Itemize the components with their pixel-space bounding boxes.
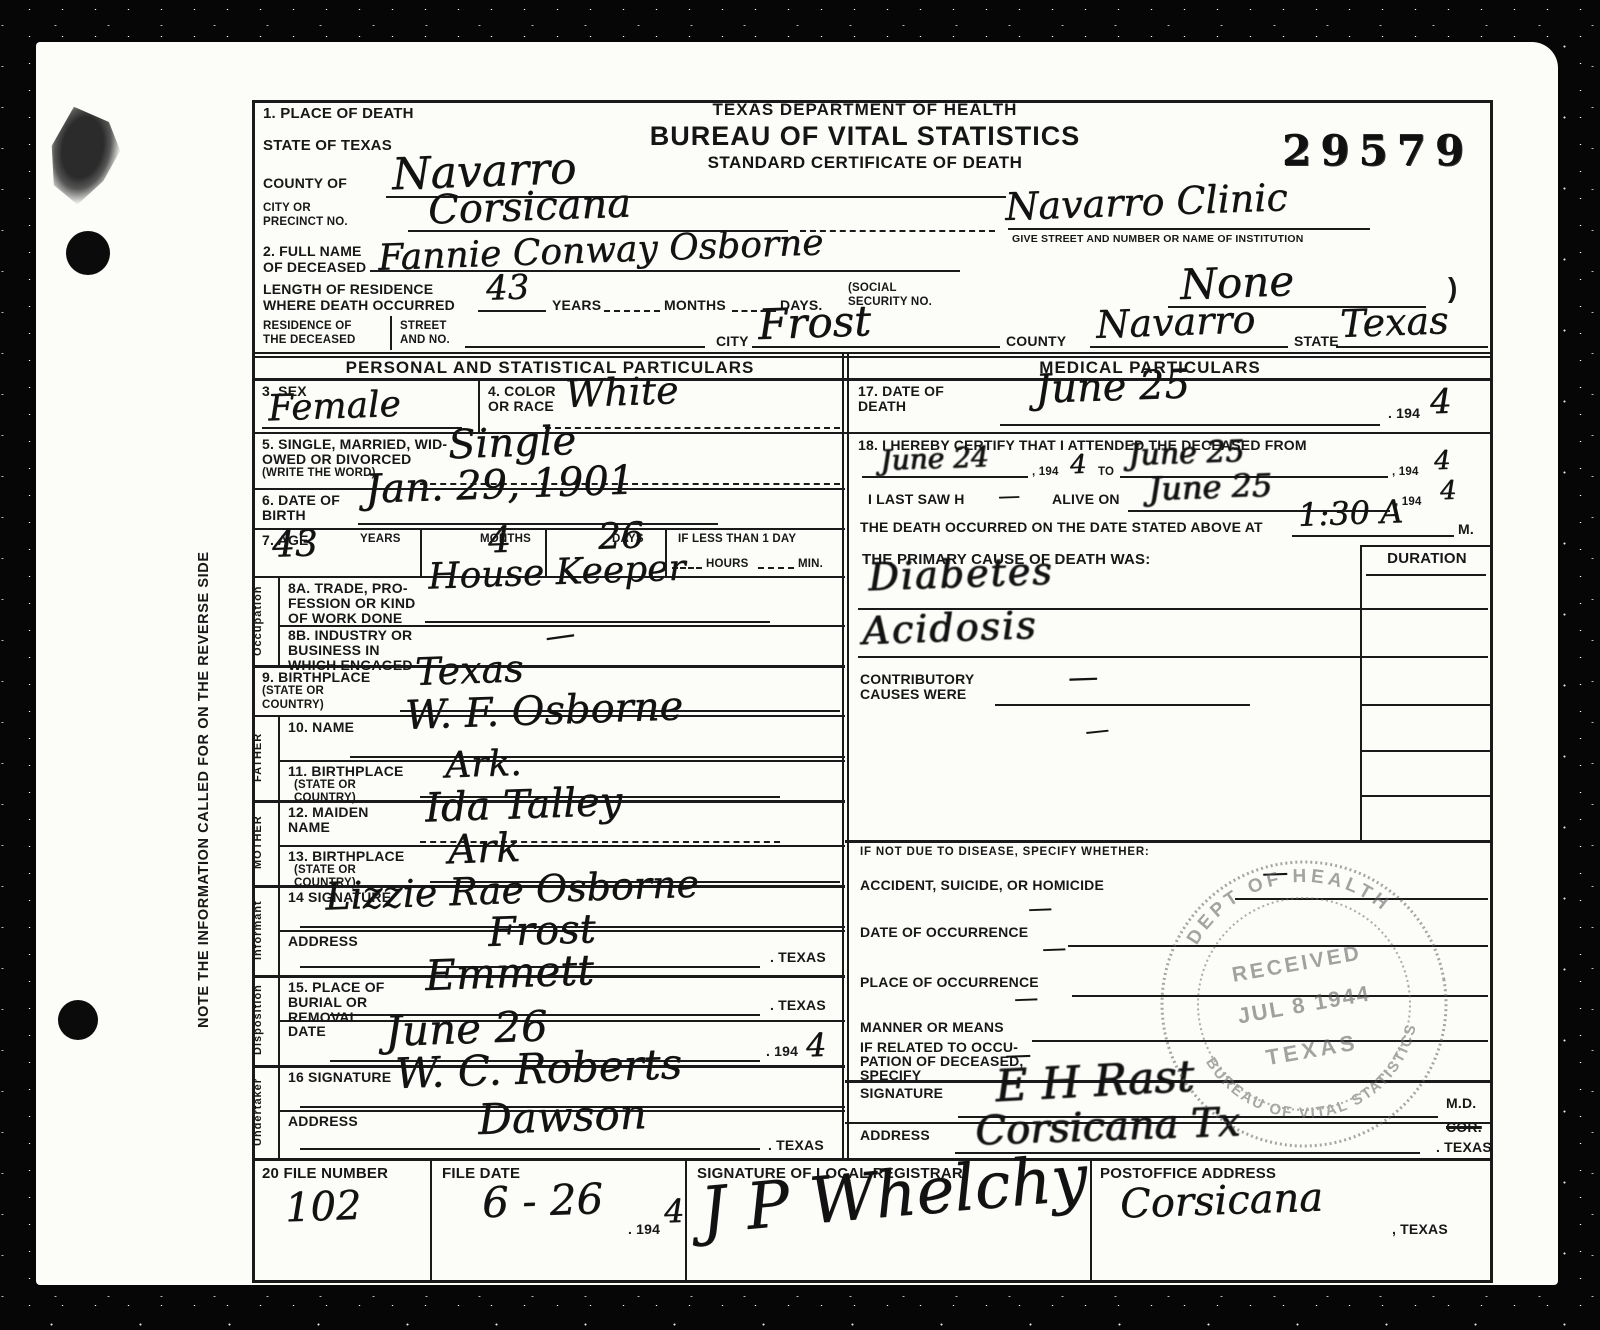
occurred-label: THE DEATH OCCURRED ON THE DATE STATED AB…: [860, 520, 1263, 536]
age-years-label: YEARS: [360, 533, 401, 546]
birthplace-sub-2: COUNTRY): [262, 699, 324, 712]
to-label: TO: [1098, 466, 1114, 479]
burial-year-printed: . 194: [766, 1044, 798, 1060]
scanned-death-certificate: NOTE THE INFORMATION CALLED FOR ON THE R…: [0, 0, 1600, 1330]
stamp-received-text: RECEIVED: [1230, 941, 1363, 986]
accident-label: ACCIDENT, SUICIDE, OR HOMICIDE: [860, 878, 1104, 894]
primary-cause-1: Diabetes: [867, 549, 1054, 599]
bureau-title: BUREAU OF VITAL STATISTICS: [620, 121, 1110, 152]
rule-line: [425, 621, 770, 623]
residence-county-value: Navarro: [1095, 297, 1256, 347]
divider-line: [390, 316, 392, 350]
from-year-digit: 4: [1069, 450, 1087, 481]
full-name-label-2: OF DECEASED: [263, 260, 366, 276]
mother-bp-value: Ark: [447, 825, 521, 873]
mother-side-label: MOTHER: [252, 802, 278, 883]
residence-city-value: Frost: [757, 296, 872, 349]
street-label-2: AND NO.: [400, 334, 450, 347]
occurred-time-value: 1:30 A: [1297, 492, 1403, 534]
rule-line: [1336, 346, 1488, 348]
texas-suffix: . TEXAS: [768, 1138, 824, 1154]
rule-line: [1008, 228, 1370, 230]
burial-date-label: DATE: [288, 1024, 326, 1040]
contributory-scribble: —: [1084, 715, 1111, 745]
color-label-2: OR RACE: [488, 399, 554, 415]
institution-note: GIVE STREET AND NUMBER OR NAME OF INSTIT…: [1012, 234, 1304, 246]
father-name-label: 10. NAME: [288, 720, 354, 736]
close-paren: ): [1448, 272, 1458, 303]
birthplace-label: 9. BIRTHPLACE: [262, 670, 370, 686]
street-label-1: STREET: [400, 320, 447, 333]
birthplace-sub-1: (STATE OR: [262, 685, 324, 698]
maiden-value: Ida Talley: [424, 779, 623, 832]
to-year-printed: , 194: [1392, 466, 1419, 479]
last-saw-date: June 25: [1147, 466, 1272, 508]
form-border-right: [1490, 100, 1493, 1283]
related-label-3: SPECIFY: [860, 1068, 921, 1084]
hours-label: HOURS: [706, 558, 749, 571]
dob-value: Jan. 29, 1901: [364, 457, 635, 512]
to-year-digit: 4: [1433, 446, 1451, 477]
undertaker-sig-label: 16 SIGNATURE: [288, 1070, 391, 1086]
contributory-dash: —: [1067, 659, 1098, 695]
stamp-state-text: TEXAS: [1264, 1029, 1360, 1070]
form-header: TEXAS DEPARTMENT OF HEALTH BUREAU OF VIT…: [620, 100, 1110, 173]
date-occurrence-label: DATE OF OCCURRENCE: [860, 925, 1028, 941]
rule-line: [604, 310, 660, 312]
form-border-bottom: [252, 1280, 1493, 1283]
meridiem-label: M.: [1458, 522, 1474, 538]
side-divider: [278, 715, 280, 1158]
full-name-label-1: 2. FULL NAME: [263, 244, 362, 260]
punch-hole-icon: [58, 1000, 98, 1040]
stray-dash: —: [1028, 894, 1053, 923]
city-or-label: CITY OR: [263, 202, 311, 215]
rule-line: [1362, 795, 1490, 797]
punch-hole-icon: [66, 231, 110, 275]
file-year-printed: . 194: [628, 1222, 660, 1238]
disposition-side-label: Disposition: [252, 977, 278, 1063]
rule-line: [300, 1148, 760, 1150]
maiden-label-2: NAME: [288, 820, 330, 836]
side-divider: [278, 576, 280, 665]
burial-value: Emmett: [424, 945, 595, 1000]
undertaker-address-label: ADDRESS: [288, 1114, 358, 1130]
row-line: [278, 760, 845, 762]
footer-divider: [685, 1158, 687, 1280]
last-saw-year-digit: 4: [1439, 476, 1457, 507]
row-line: [858, 656, 1488, 658]
birthplace-value: Texas: [414, 646, 524, 694]
min-label: MIN.: [798, 558, 823, 571]
rule-line: [1362, 750, 1490, 752]
file-number-value: 102: [284, 1183, 362, 1232]
stamp-date-text: JUL 8 1944: [1236, 980, 1373, 1028]
industry-dash-mark: —: [543, 616, 578, 655]
column-divider: [847, 352, 849, 1158]
residence-of-label-1: RESIDENCE OF: [263, 320, 352, 333]
footer-divider: [1090, 1158, 1092, 1280]
last-saw-label-2: ALIVE ON: [1052, 492, 1120, 508]
place-occurrence-dash: —: [1014, 984, 1039, 1013]
dod-label-2: DEATH: [858, 399, 906, 415]
father-bp-sub-2: COUNTRY): [294, 792, 356, 805]
dod-year-digit: 4: [1429, 382, 1452, 423]
residence-of-label-2: THE DECEASED: [263, 334, 356, 347]
rule-line: [800, 230, 995, 232]
rule-line: [1362, 704, 1490, 706]
precinct-no-label: PRECINCT NO.: [263, 216, 348, 229]
social-label-1: (SOCIAL: [848, 282, 897, 295]
primary-cause-2: Acidosis: [861, 603, 1038, 653]
row-line: [252, 528, 845, 530]
certificate-number: 29579: [1282, 126, 1473, 175]
dod-value: June 25: [1034, 361, 1190, 412]
rule-line: [1366, 574, 1486, 576]
rule-line: [1000, 424, 1380, 426]
texas-suffix: . TEXAS: [770, 950, 826, 966]
dept-title: TEXAS DEPARTMENT OF HEALTH: [620, 100, 1110, 120]
informant-address-label: ADDRESS: [288, 934, 358, 950]
marital-label-3: (WRITE THE WORD): [262, 467, 376, 480]
file-number-label: 20 FILE NUMBER: [262, 1166, 388, 1183]
state-label: STATE: [1294, 334, 1339, 350]
years-label: YEARS: [552, 298, 601, 314]
physician-address-label: ADDRESS: [860, 1128, 930, 1144]
father-bp-label: 11. BIRTHPLACE: [288, 764, 404, 780]
rule-line: [995, 704, 1250, 706]
trade-label-3: OF WORK DONE: [288, 611, 402, 627]
sex-value: Female: [267, 384, 401, 430]
age-years-value: 43: [271, 523, 318, 566]
physician-sig-label: SIGNATURE: [860, 1086, 943, 1102]
rule-line: [545, 427, 840, 429]
row-line: [278, 1020, 845, 1022]
place-occurrence-label: PLACE OF OCCURRENCE: [860, 975, 1039, 991]
length-residence-label-2: WHERE DEATH OCCURRED: [263, 298, 455, 314]
row-line: [845, 432, 1490, 434]
received-stamp: DEPT OF HEALTH BUREAU OF VITAL STATISTIC…: [1124, 827, 1484, 1181]
county-of-label: COUNTY OF: [263, 176, 347, 192]
rule-line: [465, 346, 705, 348]
attended-from-date: June 24: [879, 440, 988, 477]
mother-bp-label: 13. BIRTHPLACE: [288, 849, 404, 865]
from-year-printed: , 194: [1032, 466, 1059, 479]
manner-label: MANNER OR MEANS: [860, 1020, 1004, 1036]
if-not-label: IF NOT DUE TO DISEASE, SPECIFY WHETHER:: [860, 846, 1150, 859]
color-value: White: [564, 368, 679, 416]
city-value: Corsicana: [427, 180, 631, 233]
reverse-side-note: NOTE THE INFORMATION CALLED FOR ON THE R…: [196, 298, 224, 1028]
undertaker-address-value: Dawson: [477, 1089, 647, 1144]
dob-label-2: BIRTH: [262, 508, 306, 524]
rule-line: [1090, 346, 1288, 348]
father-bp-sub-1: (STATE OR: [294, 779, 356, 792]
last-saw-label-1: I LAST SAW H: [868, 492, 965, 508]
file-date-value: 6 - 26: [481, 1174, 604, 1227]
dod-year-printed: . 194: [1388, 406, 1420, 422]
texas-suffix: . TEXAS: [1436, 1140, 1492, 1156]
county-label: COUNTY: [1006, 334, 1066, 350]
personal-section-header: PERSONAL AND STATISTICAL PARTICULARS: [280, 358, 820, 377]
if-less-label: IF LESS THAN 1 DAY: [678, 533, 796, 546]
cell-divider: [420, 528, 422, 576]
informant-side-label: Informant: [252, 887, 278, 973]
burial-year-digit: 4: [805, 1026, 827, 1065]
date-occurrence-dash: —: [1042, 934, 1067, 963]
rule-line: [358, 523, 718, 525]
footer-divider: [430, 1158, 432, 1280]
file-year-digit: 4: [663, 1192, 685, 1231]
duration-top-line: [1360, 545, 1490, 547]
place-of-death-label: 1. PLACE OF DEATH: [263, 106, 414, 123]
months-label: MONTHS: [664, 298, 726, 314]
father-name-value: W. F. Osborne: [404, 683, 684, 739]
band-line: [252, 378, 1493, 381]
city-label: CITY: [716, 334, 749, 350]
residence-years-value: 43: [485, 267, 530, 308]
rule-line: [478, 310, 546, 312]
undertaker-side-label: Undertaker: [252, 1067, 278, 1156]
length-residence-label-1: LENGTH OF RESIDENCE: [263, 282, 433, 298]
certificate-title: STANDARD CERTIFICATE OF DEATH: [620, 153, 1110, 173]
duration-label: DURATION: [1368, 551, 1486, 568]
rule-line: [758, 567, 794, 569]
father-side-label: FATHER: [252, 717, 278, 798]
texas-suffix: . TEXAS: [770, 998, 826, 1014]
contributory-label-2: CAUSES WERE: [860, 687, 966, 703]
column-divider: [842, 352, 844, 1158]
rule-line: [1292, 535, 1454, 537]
father-bp-value: Ark.: [444, 743, 522, 787]
row-line: [278, 845, 845, 847]
rule-line: [350, 756, 845, 758]
state-of-texas-label: STATE OF TEXAS: [263, 138, 392, 155]
postoffice-value: Corsicana: [1119, 1174, 1323, 1227]
last-saw-scribble: —: [998, 484, 1021, 510]
residence-state-value: Texas: [1339, 298, 1449, 346]
texas-suffix: , TEXAS: [1392, 1222, 1448, 1238]
band-line: [252, 352, 1493, 354]
occupation-side-label: Occupation: [252, 578, 278, 663]
